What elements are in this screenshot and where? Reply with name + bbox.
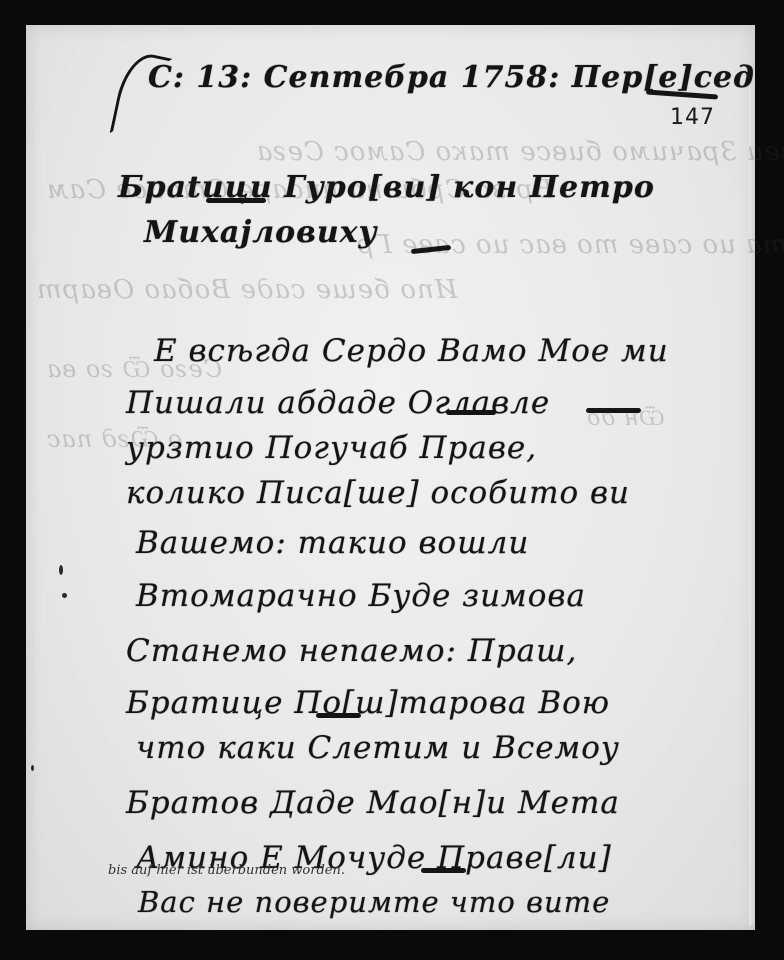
ink-speck — [31, 765, 34, 771]
body-line: Вас не поверимте что вите — [138, 885, 610, 919]
manuscript-page: Свеи Зрачимо бивсе тако Самос Сега Вр за… — [26, 25, 755, 930]
body-line: колико Писа[ше] особито ви — [126, 475, 630, 511]
bleed-through-line: Свеи Зрачимо бивсе тако Самос Сега — [256, 137, 784, 167]
address-line-1: Браtици Гуро[ви] кон Петро — [118, 170, 655, 205]
bleed-through-line: Свита ио саве то вас ио саве Гр — [356, 230, 784, 260]
underline-stroke — [316, 713, 361, 718]
body-line: что каки Слетим и Всемоу — [136, 730, 620, 766]
underline-stroke — [586, 408, 641, 413]
body-line: Пишали абдаде Оглавле — [126, 385, 550, 421]
body-line: Втомарачно Буде зимова — [136, 578, 586, 614]
address-line-2: Михајловиху — [144, 215, 378, 250]
body-line: Братов Даде Мао[н]и Мета — [126, 785, 620, 821]
body-line: урзтио Погучаб Праве, — [126, 430, 537, 466]
underline-stroke — [421, 868, 466, 873]
paper-edge — [749, 85, 755, 925]
ink-speck — [62, 593, 67, 598]
bleed-through-line: Ипо беше саде Вобао Оварт — [36, 275, 457, 305]
body-line: Станемо непаемо: Праш, — [126, 633, 577, 669]
body-line: Вашемо: такио вошли — [136, 525, 529, 561]
folio-number: 147 — [670, 105, 715, 130]
underline-stroke — [206, 198, 266, 203]
body-line: Братице По[ш]тарова Вою — [126, 685, 610, 721]
ink-speck — [59, 565, 63, 575]
marginal-note: bis auf hier ist überbunden worden. — [108, 863, 345, 878]
body-line: Е всѣгда Сердо Вамо Мое ми — [154, 333, 669, 369]
underline-stroke — [446, 410, 496, 415]
